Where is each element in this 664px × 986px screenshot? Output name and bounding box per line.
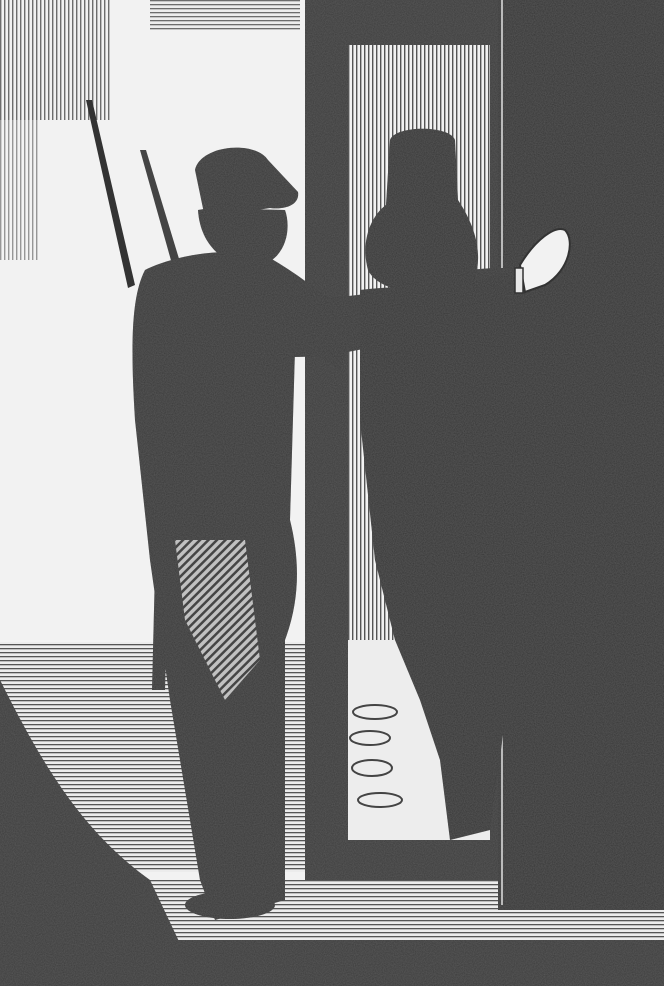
- door-panel: [498, 0, 664, 910]
- bottom-band: [0, 940, 664, 986]
- cuff: [515, 268, 523, 293]
- engraving-illustration: [0, 0, 664, 986]
